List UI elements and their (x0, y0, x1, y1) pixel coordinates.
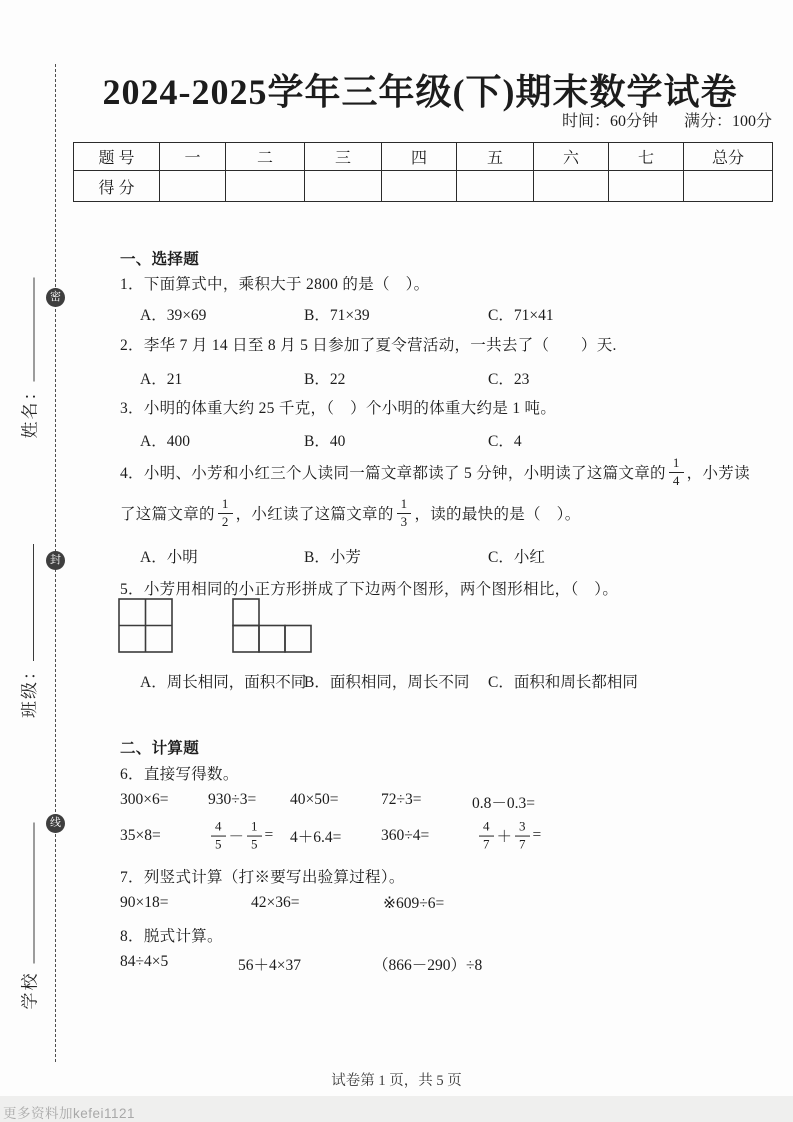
question-6-label: 6．直接写得数。 (120, 762, 239, 784)
score-corner-cell: 题 号 (74, 143, 160, 171)
score-header-cell: 六 (534, 143, 609, 171)
option-b: B．22 (304, 367, 345, 389)
fraction: 12 (218, 497, 233, 530)
calc-item: 56＋4×37 (238, 953, 301, 975)
score-header-cell: 七 (609, 143, 684, 171)
exam-paper-page: 密 封 线 姓名： 班级： 学校 2024-2025学年三年级(下)期末数学试卷… (0, 0, 793, 1122)
question-5-text: 5．小芳用相同的小正方形拼成了下边两个图形，两个图形相比，（ ）。 (120, 577, 618, 599)
calc-item: 300×6= (120, 791, 168, 809)
option-c: C．面积和周长都相同 (488, 670, 638, 692)
score-input-cell (457, 171, 534, 202)
question-2-options: A．21 B．22 C．23 (0, 367, 793, 387)
option-a: A．21 (140, 367, 182, 389)
shape-l-tetromino (232, 598, 314, 654)
class-field: 班级： (16, 540, 38, 718)
full-score-label: 满分： (684, 113, 732, 130)
section-2-heading: 二、计算题 (120, 736, 199, 758)
option-c: C．4 (488, 429, 522, 451)
score-table: 题 号 一 二 三 四 五 六 七 总分 得 分 (73, 142, 773, 202)
calc-item: 35×8= (120, 827, 161, 845)
calc-item: 90×18= (120, 894, 168, 912)
question-4-options: A．小明 B．小芳 C．小红 (0, 545, 793, 565)
score-input-cell (226, 171, 305, 202)
school-field-label: 学校 (15, 972, 40, 1010)
option-a: A．周长相同，面积不同 (140, 670, 306, 692)
option-a: A．小明 (140, 545, 198, 567)
question-2-text: 2．李华 7 月 14 日至 8 月 5 日参加了夏令营活动，一共去了（ ）天. (120, 333, 617, 355)
option-b: B．40 (304, 429, 345, 451)
score-header-cell: 四 (382, 143, 457, 171)
question-6-row-1: 300×6= 930÷3= 40×50= 72÷3= 0.8－0.3= (0, 791, 793, 811)
fraction: 47 (479, 820, 494, 853)
shape-2x2-square-grid (118, 598, 174, 654)
question-6-row-2: 35×8= 45－15= 4＋6.4= 360÷4= 47＋37= (0, 818, 793, 854)
option-c: C．小红 (488, 545, 545, 567)
question-7-row: 90×18= 42×36= ※609÷6= (0, 894, 793, 914)
calc-item: 360÷4= (381, 827, 429, 845)
fraction: 37 (515, 820, 530, 853)
calc-item: 40×50= (290, 791, 338, 809)
question-8-label: 8．脱式计算。 (120, 924, 223, 946)
question-4-text-line1: 4．小明、小芳和小红三个人读同一篇文章都读了 5 分钟，小明读了这篇文章的14，… (120, 457, 750, 487)
question-3-options: A．400 B．40 C．4 (0, 429, 793, 449)
score-input-cell (684, 171, 773, 202)
calc-item: 930÷3= (208, 791, 256, 809)
score-input-cell (609, 171, 684, 202)
score-header-cell: 总分 (684, 143, 773, 171)
name-blank-line (21, 278, 35, 382)
score-header-cell: 三 (305, 143, 382, 171)
full-score-value: 100分 (732, 113, 772, 130)
question-5-options: A．周长相同，面积不同 B．面积相同，周长不同 C．面积和周长都相同 (0, 670, 793, 690)
calc-item: 4＋6.4= (290, 825, 341, 847)
score-input-cell (305, 171, 382, 202)
score-header-cell: 一 (160, 143, 226, 171)
question-3-text: 3．小明的体重大约 25 千克，（ ）个小明的体重大约是 1 吨。 (120, 396, 556, 418)
option-b: B．小芳 (304, 545, 361, 567)
option-b: B．面积相同，周长不同 (304, 670, 469, 692)
score-header-cell: 二 (226, 143, 305, 171)
section-1-heading: 一、选择题 (120, 247, 199, 269)
time-value: 60分钟 (610, 113, 658, 130)
score-header-cell: 五 (457, 143, 534, 171)
calc-item: 47＋37= (476, 820, 541, 853)
watermark: 更多资料加kefei1121 (3, 1102, 135, 1122)
score-input-cell (534, 171, 609, 202)
name-field: 姓名： (17, 274, 39, 439)
question-8-row: 84÷4×5 56＋4×37 （866－290）÷8 (0, 953, 793, 973)
fraction: 14 (669, 456, 684, 489)
fraction: 13 (397, 497, 412, 530)
calc-item: 45－15= (208, 820, 273, 853)
question-4-text-line2: 了这篇文章的12，小红读了这篇文章的13，读的最快的是（ ）。 (120, 498, 581, 528)
score-input-cell (160, 171, 226, 202)
calc-item: 72÷3= (381, 791, 422, 809)
fraction: 45 (211, 820, 226, 853)
option-c: C．71×41 (488, 303, 554, 325)
question-7-label: 7．列竖式计算（打※要写出验算过程）。 (120, 865, 405, 887)
calc-item: （866－290）÷8 (373, 953, 482, 975)
calc-item: 42×36= (251, 894, 299, 912)
question-1-text: 1．下面算式中，乘积大于 2800 的是（ ）。 (120, 272, 429, 294)
option-c: C．23 (488, 367, 529, 389)
time-label: 时间： (562, 113, 610, 130)
question-1-options: A．39×69 B．71×39 C．71×41 (0, 303, 793, 323)
option-a: A．39×69 (140, 303, 206, 325)
fraction: 15 (247, 820, 262, 853)
score-input-cell (382, 171, 457, 202)
score-row-label-cell: 得 分 (74, 171, 160, 202)
calc-item: 84÷4×5 (120, 953, 168, 971)
calc-item: ※609÷6= (383, 894, 444, 913)
calc-item: 0.8－0.3= (472, 791, 535, 813)
option-b: B．71×39 (304, 303, 370, 325)
option-a: A．400 (140, 429, 190, 451)
exam-meta: 时间：60分钟满分：100分 (470, 108, 772, 131)
footer-page-number: 试卷第 1 页，共 5 页 (0, 1069, 793, 1090)
